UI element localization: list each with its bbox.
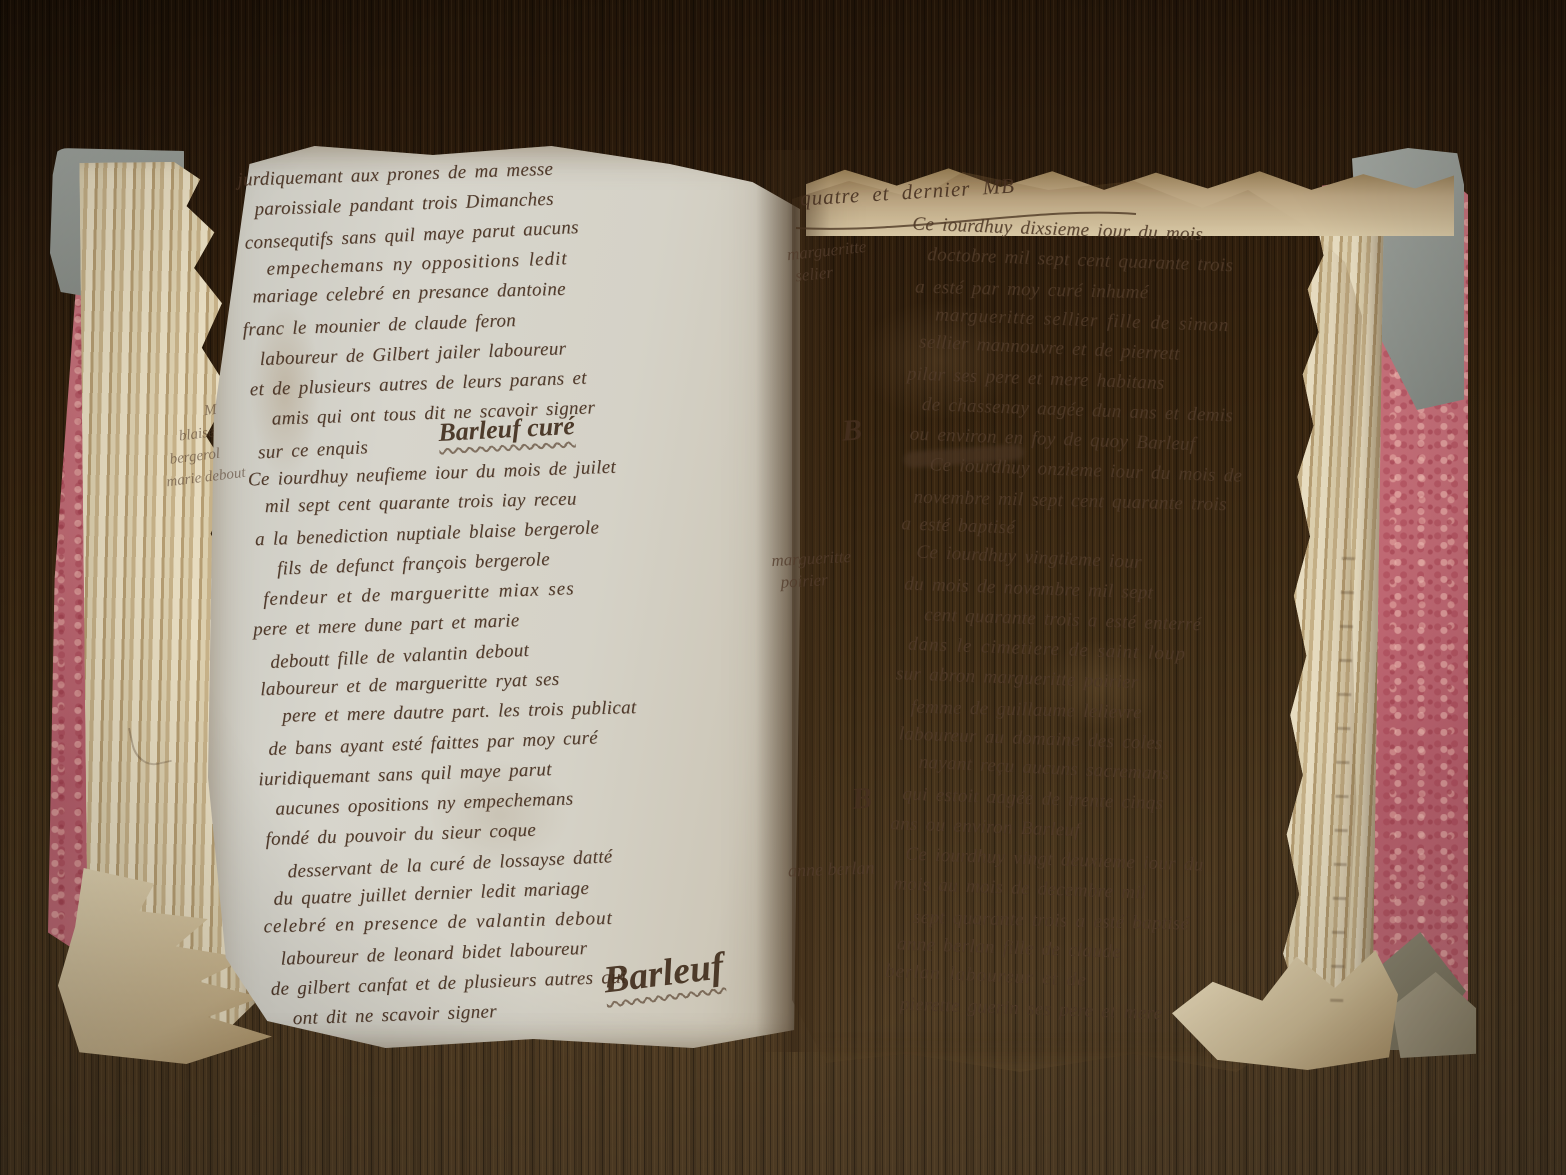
margin-note-line: poirier <box>780 568 853 594</box>
margin-note-burial-poirier: margueritte poirier <box>771 546 853 594</box>
left-page-text-block: jurdiquemant aux prones de ma messeparoi… <box>237 147 807 1035</box>
margin-note-baptism-berlan: anne berlan <box>788 856 875 881</box>
right-page-text-block: Ce iourdhuy dixsieme iour du moisdoctobr… <box>883 210 1390 1037</box>
margin-note-burial-sellier: margueritte selier <box>786 236 870 288</box>
margin-initial-b: B <box>841 419 863 442</box>
margin-initial-b: B <box>851 787 873 811</box>
photo-of-open-parish-register: jurdiquemant aux prones de ma messeparoi… <box>0 0 1566 1175</box>
margin-note-line: margueritte <box>771 546 852 572</box>
